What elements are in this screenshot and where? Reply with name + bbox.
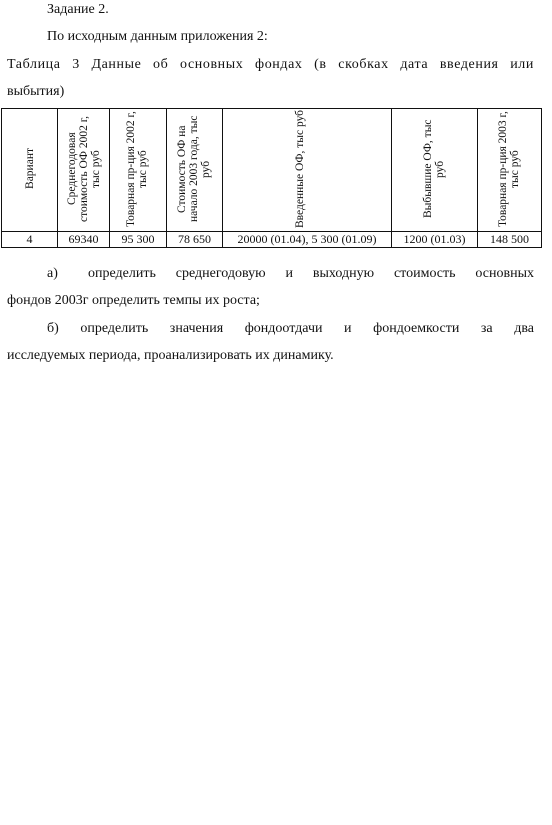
table-caption-line-2: выбытия) — [7, 84, 64, 100]
table-header-row: Вариант Среднегодовая стоимость ОФ 2002 … — [2, 109, 542, 232]
task-a-text: определить среднегодовую и выходную стои… — [88, 266, 534, 281]
cell-output-2002: 95 300 — [110, 232, 167, 248]
task-title: Задание 2. — [47, 2, 109, 18]
header-cell-avg-cost-2002: Среднегодовая стоимость ОФ 2002 г, тыс р… — [58, 109, 110, 232]
header-cell-cost-start-2003: Стоимость ОФ на начало 2003 года, тыс ру… — [167, 109, 223, 232]
task-b-line-2: исследуемых периода, проанализировать их… — [7, 348, 334, 364]
task-a-marker: а) — [47, 266, 58, 282]
cell-variant: 4 — [2, 232, 58, 248]
fixed-assets-table: Вариант Среднегодовая стоимость ОФ 2002 … — [1, 108, 542, 248]
table-row: 4 69340 95 300 78 650 20000 (01.04), 5 3… — [2, 232, 542, 248]
task-a-line-1: определить среднегодовую и выходную стои… — [88, 266, 534, 282]
cell-avg-cost-2002: 69340 — [58, 232, 110, 248]
cell-cost-start-2003: 78 650 — [167, 232, 223, 248]
cell-introduced: 20000 (01.04), 5 300 (01.09) — [223, 232, 392, 248]
intro-text: По исходным данным приложения 2: — [47, 29, 268, 45]
header-cell-introduced: Введенные ОФ, тыс руб — [223, 109, 392, 232]
header-cell-retired: Выбывшие ОФ, тыс руб — [392, 109, 478, 232]
table-caption-text: Таблица 3 Данные об основных фондах (в с… — [7, 57, 534, 72]
header-cell-variant: Вариант — [2, 109, 58, 232]
cell-retired: 1200 (01.03) — [392, 232, 478, 248]
table-caption-line-1: Таблица 3 Данные об основных фондах (в с… — [7, 57, 534, 73]
task-b-line-1: б) определить значения фондоотдачи и фон… — [47, 321, 534, 337]
header-cell-output-2003: Товарная пр-ция 2003 г, тыс руб — [478, 109, 542, 232]
cell-output-2003: 148 500 — [478, 232, 542, 248]
task-b-text: б) определить значения фондоотдачи и фон… — [47, 321, 534, 336]
task-a-line-2: фондов 2003г определить темпы их роста; — [7, 293, 260, 309]
header-cell-output-2002: Товарная пр-ция 2002 г, тыс руб — [110, 109, 167, 232]
